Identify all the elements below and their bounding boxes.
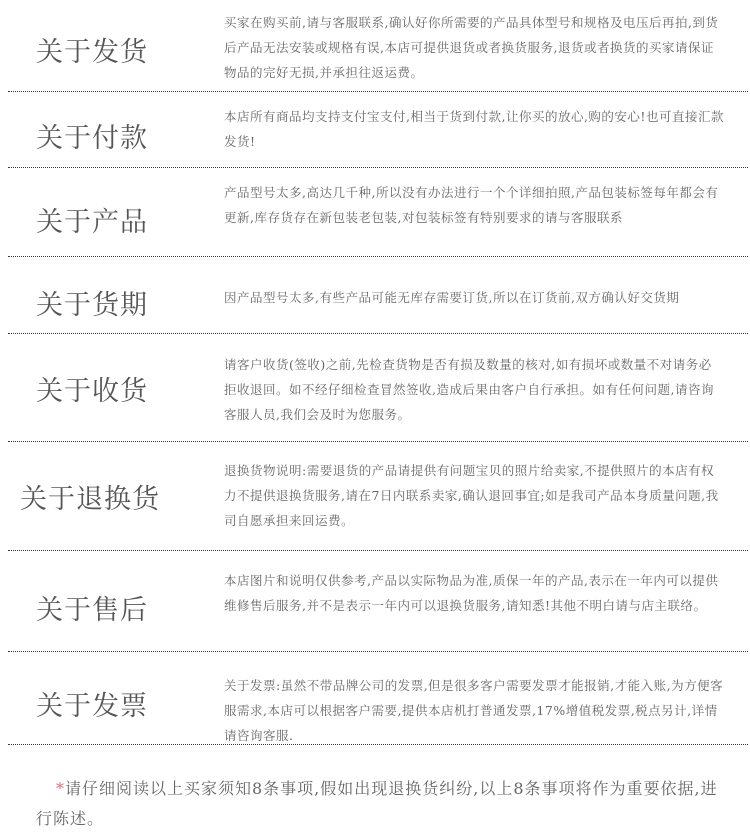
footer-note: *请仔细阅读以上买家须知8条事项,假如出现退换货纠纷,以上8条事项将作为重要依据… bbox=[36, 774, 726, 834]
section-title-delivery-time: 关于货期 bbox=[36, 283, 148, 322]
divider bbox=[8, 91, 748, 92]
section-text-delivery-time: 因产品型号太多,有些产品可能无库存需要订货,所以在订货前,双方确认好交货期 bbox=[224, 285, 724, 310]
divider bbox=[8, 167, 748, 168]
divider bbox=[8, 256, 748, 257]
section-text-payment: 本店所有商品均支持支付宝支付,相当于货到付款,让你买的放心,购的安心!也可直接汇… bbox=[224, 104, 724, 154]
section-title-after-sales: 关于售后 bbox=[36, 588, 148, 627]
section-title-receiving: 关于收货 bbox=[36, 369, 148, 408]
divider bbox=[8, 651, 748, 652]
section-text-returns: 退换货物说明:需要退货的产品请提供有问题宝贝的照片给卖家,不提供照片的本店有权力… bbox=[224, 458, 724, 533]
section-title-payment: 关于付款 bbox=[36, 116, 148, 155]
section-text-after-sales: 本店图片和说明仅供参考,产品以实际物品为准,质保一年的产品,表示在一年内可以提供… bbox=[224, 568, 724, 618]
section-text-receiving: 请客户收货(签收)之前,先检查货物是否有损及数量的核对,如有损坏或数量不对请务必… bbox=[224, 352, 724, 427]
divider bbox=[8, 333, 748, 334]
section-title-invoice: 关于发票 bbox=[36, 684, 148, 723]
section-text-shipping: 买家在购买前,请与客服联系,确认好你所需要的产品具体型号和规格及电压后再拍,到货… bbox=[224, 10, 724, 85]
section-text-product: 产品型号太多,高达几千种,所以没有办法进行一个个详细拍照,产品包装标签每年都会有… bbox=[224, 180, 724, 230]
section-title-returns: 关于退换货 bbox=[20, 477, 160, 516]
section-title-shipping: 关于发货 bbox=[36, 30, 148, 69]
asterisk-icon: * bbox=[56, 779, 65, 798]
section-text-invoice: 关于发票:虽然不带品牌公司的发票,但是很多客户需要发票才能报销,才能入账,为方便… bbox=[224, 673, 724, 748]
divider bbox=[8, 744, 748, 745]
divider bbox=[8, 441, 748, 442]
divider bbox=[8, 550, 748, 551]
footer-note-text: 请仔细阅读以上买家须知8条事项,假如出现退换货纠纷,以上8条事项将作为重要依据,… bbox=[36, 779, 718, 828]
section-title-product: 关于产品 bbox=[36, 200, 148, 239]
